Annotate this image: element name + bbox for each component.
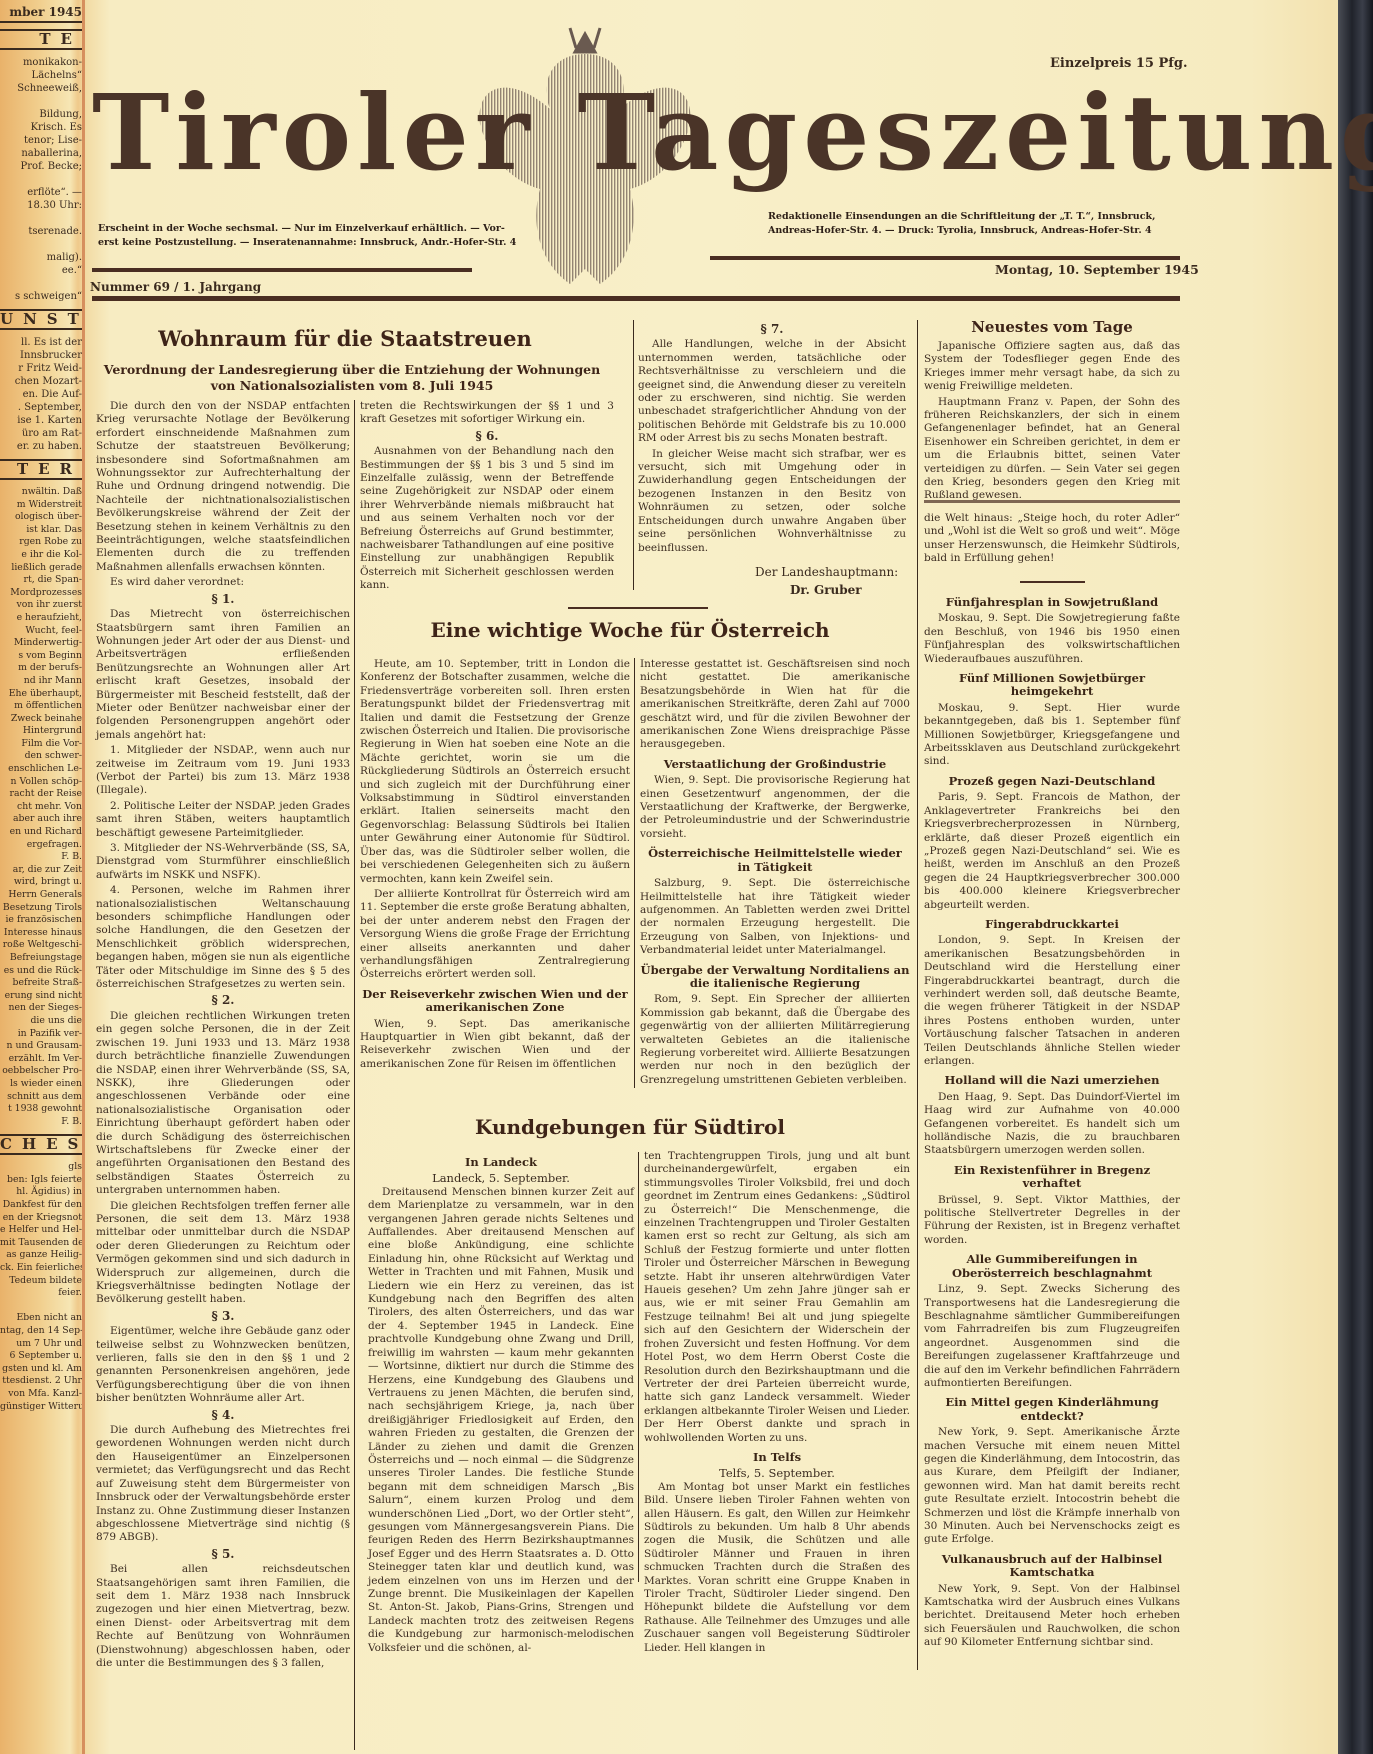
paragraph: Wien, 9. Sept. Die provisorische Regieru… — [640, 774, 910, 841]
publication-info-line: erst keine Postzustellung. — Inseratenan… — [98, 236, 516, 250]
sliver-line: den schwer- — [0, 750, 82, 763]
sliver-band-te: TE — [0, 29, 82, 50]
right-news-column: Fünfjahresplan in SowjetrußlandMoskau, 9… — [924, 590, 1180, 1652]
sliver-line: roße Weltgeschi- — [0, 939, 82, 952]
sliver-line: chen Mozart- — [0, 375, 82, 388]
sliver-line: ee.“ — [0, 264, 82, 277]
sliver-line: F. B. — [0, 1116, 82, 1129]
news-item: Japanische Offiziere sagten aus, daß das… — [924, 340, 1180, 394]
sliver-line: ist klar. Das — [0, 524, 82, 537]
paragraph: Heute, am 10. September, tritt in London… — [360, 658, 630, 886]
paragraph: Die durch den von der NSDAP entfachten K… — [96, 400, 350, 574]
sliver-line: ar, die zur Zeit — [0, 864, 82, 877]
sliver-line: Hintergrund — [0, 725, 82, 738]
sliver-line: wird, bringt u. — [0, 876, 82, 889]
paragraph: Eigentümer, welche ihre Gebäude ganz ode… — [96, 1325, 350, 1405]
sliver-band-kunst: UNST — [0, 309, 82, 330]
sliver-line: gls — [0, 1161, 82, 1174]
sliver-line: mit Tausenden der — [0, 1237, 82, 1250]
news-brief-text: Den Haag, 9. Sept. Das Duindorf-Viertel … — [924, 1091, 1180, 1158]
previous-page-sliver: mber 1945 TE monikakon-Lächelns“Schneewe… — [0, 6, 82, 1754]
sliver-line: r Fritz Weid- — [0, 362, 82, 375]
paragraph: Salzburg, 9. Sept. Die österreichische H… — [640, 877, 910, 957]
sliver-line: n Vollen schöp- — [0, 776, 82, 789]
sliver-line: gsten und kl. Am — [0, 1363, 82, 1376]
sliver-line — [0, 212, 82, 225]
section-number: § 2. — [96, 994, 350, 1007]
sliver-line: rgen Robe zu — [0, 536, 82, 549]
sliver-line — [0, 1300, 82, 1313]
news-brief: Prozeß gegen Nazi-DeutschlandParis, 9. S… — [924, 775, 1180, 912]
sliver-line: nwältin. Daß — [0, 486, 82, 499]
sliver-line: die uns die — [0, 1015, 82, 1028]
sliver-line — [0, 95, 82, 108]
sliver-line: t 1938 gewohnt — [0, 1103, 82, 1116]
page-gutter — [82, 0, 85, 1754]
article-subheadline: Der Reiseverkehr zwischen Wien und der a… — [360, 988, 630, 1015]
sliver-line: es und die Rück- — [0, 965, 82, 978]
separator — [568, 607, 708, 609]
section-number: § 3. — [96, 1310, 350, 1323]
news-brief-headline: Fünf Millionen Sowjetbürger heimgekehrt — [924, 672, 1180, 699]
separator — [1020, 581, 1085, 583]
sliver-line: Minderwertig- — [0, 637, 82, 650]
paragraph: 3. Mitglieder der NS-Wehrverbände (SS, S… — [96, 842, 350, 882]
price-label: Einzelpreis 15 Pfg. — [1050, 56, 1187, 71]
article-subheadline: Verstaatlichung der Großindustrie — [640, 758, 910, 771]
newspaper-title: Tiroler Tageszeitung — [92, 78, 1172, 188]
sliver-line: Lächelns“ — [0, 69, 82, 82]
sliver-line — [0, 238, 82, 251]
sliver-line: Schneeweiß, — [0, 82, 82, 95]
publication-info-line: Erscheint in der Woche sechsmal. — Nur i… — [98, 222, 516, 236]
sliver-line: er. zu haben. — [0, 440, 82, 453]
masthead-rule-left — [92, 268, 472, 272]
sliver-line: Ehe überhaupt, — [0, 688, 82, 701]
kundgebungen-column-1: In LandeckLandeck, 5. September.Dreitaus… — [368, 1150, 634, 1657]
publication-info-line: Redaktionelle Einsendungen an die Schrif… — [768, 210, 1155, 224]
news-brief: FingerabdruckkarteiLondon, 9. Sept. In K… — [924, 918, 1180, 1068]
sliver-line: enschlichen Le- — [0, 763, 82, 776]
article-subheadline: Österreichische Heilmittelstelle wieder … — [640, 847, 910, 874]
paragraph: Das Mietrecht von österreichischen Staat… — [96, 608, 350, 742]
headline-kundgebungen: Kundgebungen für Südtirol — [420, 1115, 840, 1139]
section-number: § 6. — [360, 430, 614, 443]
sliver-line: Eben nicht an — [0, 1312, 82, 1325]
sliver-text-b: ll. Es ist derInnsbruckerr Fritz Weid-ch… — [0, 336, 82, 453]
sliver-line: 6 September u. — [0, 1350, 82, 1363]
subhead-wohnraum: Verordnung der Landesregierung über die … — [92, 362, 612, 394]
sliver-line: Interesse hinaus — [0, 927, 82, 940]
sliver-line: en der Kriegsnot — [0, 1212, 82, 1225]
sliver-line: Befreiungstage — [0, 952, 82, 965]
sliver-line: feier. — [0, 1287, 82, 1300]
signature-title: Der Landeshauptmann: — [755, 565, 898, 579]
sliver-line: Tedeum bildete — [0, 1275, 82, 1288]
column-divider — [917, 320, 918, 1670]
sliver-line: von Mfa. Kanzl- — [0, 1388, 82, 1401]
sliver-line: en und Richard — [0, 826, 82, 839]
sliver-line: e ihr die Kol- — [0, 549, 82, 562]
paragraph: Ausnahmen von der Behandlung nach den Be… — [360, 445, 614, 592]
issue-number: Nummer 69 / 1. Jahrgang — [90, 280, 261, 294]
news-brief-headline: Prozeß gegen Nazi-Deutschland — [924, 775, 1180, 788]
section-number: § 1. — [96, 593, 350, 606]
sliver-line: s vom Beginn — [0, 650, 82, 663]
news-brief-text: Brüssel, 9. Sept. Viktor Matthies, der p… — [924, 1194, 1180, 1248]
sliver-band-ter: TER — [0, 459, 82, 480]
paragraph: treten die Rechtswirkungen der §§ 1 und … — [360, 400, 614, 427]
sliver-line: Mordprozesses — [0, 587, 82, 600]
news-brief: Ein Mittel gegen Kinderlähmung entdeckt?… — [924, 1396, 1180, 1546]
sliver-line — [0, 173, 82, 186]
news-brief-text: Moskau, 9. Sept. Hier wurde bekanntgegeb… — [924, 702, 1180, 769]
sliver-line: aber auch ihre — [0, 813, 82, 826]
headline-woche: Eine wichtige Woche für Österreich — [420, 618, 840, 642]
sliver-text-d: glsben: Igls feiertehl. Ägidius) inDankf… — [0, 1161, 82, 1413]
paragraph: Die durch Aufhebung des Mietrechtes frei… — [96, 1424, 350, 1545]
book-binding — [1338, 0, 1373, 1754]
wohnraum-column-2: treten die Rechtswirkungen der §§ 1 und … — [360, 400, 614, 595]
news-brief-text: Paris, 9. Sept. Francois de Mathon, der … — [924, 791, 1180, 912]
sliver-line: e heraufzieht, — [0, 612, 82, 625]
paragraph: 4. Personen, welche im Rahmen ihrer nati… — [96, 884, 350, 991]
paragraph: Am Montag bot unser Markt ein festliches… — [644, 1481, 910, 1655]
paragraph: Wien, 9. Sept. Das amerikanische Hauptqu… — [360, 1018, 630, 1072]
sliver-line: ergefragen. — [0, 839, 82, 852]
news-brief-headline: Fünfjahresplan in Sowjetrußland — [924, 596, 1180, 609]
sliver-line: ließlich gerade — [0, 562, 82, 575]
wohnraum-column-1: Die durch den von der NSDAP entfachten K… — [96, 400, 350, 1672]
sliver-line — [0, 277, 82, 290]
sliver-line: um 7 Uhr und — [0, 1338, 82, 1351]
paragraph: ten Trachtengruppen Tirols, jung und alt… — [644, 1150, 910, 1445]
news-brief-text: New York, 9. Sept. Amerikanische Ärzte m… — [924, 1426, 1180, 1547]
sliver-line: Bildung, — [0, 108, 82, 121]
column-divider — [354, 400, 355, 1750]
sliver-line: ck. Ein feierliches — [0, 1262, 82, 1275]
sliver-line: F. B. — [0, 851, 82, 864]
paragraph: 1. Mitglieder der NSDAP., wenn auch nur … — [96, 744, 350, 798]
news-brief-headline: Holland will die Nazi umerziehen — [924, 1074, 1180, 1087]
paragraph: Rom, 9. Sept. Ein Sprecher der alliierte… — [640, 993, 910, 1087]
sliver-line: s schweigen“ — [0, 290, 82, 303]
article-subheadline: Übergabe der Verwaltung Norditaliens an … — [640, 964, 910, 991]
sliver-line: e Helfer und Hel- — [0, 1224, 82, 1237]
publication-info-right: Redaktionelle Einsendungen an die Schrif… — [768, 210, 1155, 238]
section-number: § 4. — [96, 1409, 350, 1422]
neuestes-continuation: die Welt hinaus: „Steige hoch, du roter … — [924, 512, 1180, 568]
dateline: Landeck, 5. September. — [368, 1172, 634, 1185]
column-divider — [638, 1152, 639, 1582]
sliver-line: en. Die Auf- — [0, 388, 82, 401]
sliver-line: 18.30 Uhr: — [0, 199, 82, 212]
article-subheadline: In Telfs — [644, 1451, 910, 1464]
paragraph: Interesse gestattet ist. Geschäftsreisen… — [640, 658, 910, 752]
sliver-line: schnitt aus dem — [0, 1091, 82, 1104]
hatched-separator — [924, 500, 1180, 503]
wohnraum-column-3: § 7.Alle Handlungen, welche in der Absic… — [638, 320, 906, 557]
sliver-line: Wucht, feel- — [0, 625, 82, 638]
publication-info-left: Erscheint in der Woche sechsmal. — Nur i… — [98, 222, 516, 250]
sliver-line: n und Grausam- — [0, 1040, 82, 1053]
sliver-line: malig). — [0, 251, 82, 264]
sliver-line: Dankfest für den — [0, 1199, 82, 1212]
paragraph: Dreitausend Menschen binnen kurzer Zeit … — [368, 1186, 634, 1655]
sliver-line: ise 1. Karten — [0, 414, 82, 427]
paragraph: Der alliierte Kontrollrat für Österreich… — [360, 888, 630, 982]
sliver-line: ie französischen — [0, 914, 82, 927]
sliver-line: von ihr zuerst — [0, 599, 82, 612]
publication-info-line: Andreas-Hofer-Str. 4. — Druck: Tyrolia, … — [768, 224, 1155, 238]
woche-column-1: Heute, am 10. September, tritt in London… — [360, 658, 630, 1073]
sliver-line: m der berufs- — [0, 662, 82, 675]
dateline: Telfs, 5. September. — [644, 1467, 910, 1480]
sliver-line: naballerina, — [0, 147, 82, 160]
paragraph: 2. Politische Leiter der NSDAP. jeden Gr… — [96, 800, 350, 840]
article-subheadline: In Landeck — [368, 1156, 634, 1169]
sliver-line: ls wieder einen — [0, 1078, 82, 1091]
woche-column-2: Interesse gestattet ist. Geschäftsreisen… — [640, 658, 910, 1089]
news-brief: Vulkanausbruch auf der Halbinsel Kamtsch… — [924, 1553, 1180, 1650]
sliver-line: Film die Vor- — [0, 738, 82, 751]
sliver-line: ologisch über- — [0, 511, 82, 524]
sliver-text-a: monikakon-Lächelns“Schneeweiß, Bildung,K… — [0, 56, 82, 303]
news-brief: Fünf Millionen Sowjetbürger heimgekehrtM… — [924, 672, 1180, 769]
sliver-line: racht der Reise — [0, 788, 82, 801]
paragraph: Bei allen reichsdeutschen Staatsangehöri… — [96, 1563, 350, 1670]
news-brief-headline: Ein Rexistenführer in Bregenz verhaftet — [924, 1164, 1180, 1191]
sliver-line: ben: Igls feierte — [0, 1174, 82, 1187]
sliver-line: in Pazifik ver- — [0, 1028, 82, 1041]
neuestes-items: Japanische Offiziere sagten aus, daß das… — [924, 340, 1180, 505]
sliver-line: Besetzung Tirols — [0, 902, 82, 915]
column-divider — [633, 320, 634, 590]
paragraph: In gleicher Weise macht sich strafbar, w… — [638, 448, 906, 555]
sliver-line: befreite Straß- — [0, 977, 82, 990]
headline-neuestes: Neuestes vom Tage — [922, 318, 1182, 336]
paragraph: Es wird daher verordnet: — [96, 576, 350, 589]
signature-name: Dr. Gruber — [790, 583, 862, 597]
masthead-bottom-rule — [92, 296, 1180, 301]
sliver-text-c: nwältin. Daßm Widerstreitologisch über-i… — [0, 486, 82, 1128]
news-brief-headline: Fingerabdruckkartei — [924, 918, 1180, 931]
sliver-line: rt, die Span- — [0, 574, 82, 587]
sliver-line: m öffentlichen — [0, 700, 82, 713]
sliver-line: monikakon- — [0, 56, 82, 69]
continuation-text: die Welt hinaus: „Steige hoch, du roter … — [924, 512, 1180, 566]
sliver-line: hl. Ägidius) in — [0, 1186, 82, 1199]
sliver-line: Zweck beinahe — [0, 713, 82, 726]
sliver-date: mber 1945 — [0, 6, 82, 23]
news-brief-text: New York, 9. Sept. Von der Halbinsel Kam… — [924, 1583, 1180, 1650]
sliver-line: erzählt. Im Ver- — [0, 1053, 82, 1066]
sliver-line: ntag, den 14 Sep- — [0, 1325, 82, 1338]
section-number: § 5. — [96, 1548, 350, 1561]
paragraph: Die gleichen Rechtsfolgen treffen ferner… — [96, 1200, 350, 1307]
news-brief: Fünfjahresplan in SowjetrußlandMoskau, 9… — [924, 596, 1180, 666]
sliver-line: Innsbrucker — [0, 349, 82, 362]
news-brief-text: Linz, 9. Sept. Zwecks Sicherung des Tran… — [924, 1283, 1180, 1390]
news-brief: Ein Rexistenführer in Bregenz verhaftetB… — [924, 1164, 1180, 1247]
sliver-line: Krisch. Es — [0, 121, 82, 134]
sliver-band-ches: CHES — [0, 1134, 82, 1155]
news-brief-headline: Ein Mittel gegen Kinderlähmung entdeckt? — [924, 1396, 1180, 1423]
news-brief-headline: Vulkanausbruch auf der Halbinsel Kamtsch… — [924, 1553, 1180, 1580]
paragraph: Alle Handlungen, welche in der Absicht u… — [638, 338, 906, 445]
sliver-line: Prof. Becke; — [0, 160, 82, 173]
news-brief: Holland will die Nazi umerziehenDen Haag… — [924, 1074, 1180, 1157]
sliver-line: ll. Es ist der — [0, 336, 82, 349]
news-brief-headline: Alle Gummibereifungen in Oberösterreich … — [924, 1253, 1180, 1280]
sliver-line: nen der Sieges- — [0, 1002, 82, 1015]
news-brief-text: London, 9. Sept. In Kreisen der amerikan… — [924, 934, 1180, 1068]
sliver-line: ttesdienst. 2 Uhr — [0, 1375, 82, 1388]
sliver-line: nd ihr Mann — [0, 675, 82, 688]
masthead-rule-right — [710, 256, 1180, 260]
news-brief-text: Moskau, 9. Sept. Die Sowjetregierung faß… — [924, 612, 1180, 666]
kundgebungen-column-2: ten Trachtengruppen Tirols, jung und alt… — [644, 1150, 910, 1657]
sliver-line: cht mehr. Von — [0, 801, 82, 814]
news-item: Hauptmann Franz v. Papen, der Sohn des f… — [924, 396, 1180, 503]
sliver-line: günstiger Witterung — [0, 1401, 82, 1414]
headline-wohnraum: Wohnraum für die Staatstreuen — [95, 326, 595, 351]
sliver-line: tserenade. — [0, 225, 82, 238]
sliver-line: erflöte“. — — [0, 186, 82, 199]
sliver-line: tenor; Lise- — [0, 134, 82, 147]
sliver-line: üro am Rat- — [0, 427, 82, 440]
sliver-line: as ganze Heilig- — [0, 1249, 82, 1262]
sliver-line: oebbelscher Pro- — [0, 1065, 82, 1078]
sliver-line: erung sind nicht — [0, 990, 82, 1003]
section-number: § 7. — [638, 323, 906, 336]
news-brief: Alle Gummibereifungen in Oberösterreich … — [924, 1253, 1180, 1390]
sliver-line: m Widerstreit — [0, 499, 82, 512]
sliver-line: Herrn Generals — [0, 889, 82, 902]
issue-date: Montag, 10. September 1945 — [995, 262, 1199, 277]
paragraph: Die gleichen rechtlichen Wirkungen trete… — [96, 1010, 350, 1198]
column-divider — [634, 658, 635, 1088]
sliver-line: . September, — [0, 401, 82, 414]
